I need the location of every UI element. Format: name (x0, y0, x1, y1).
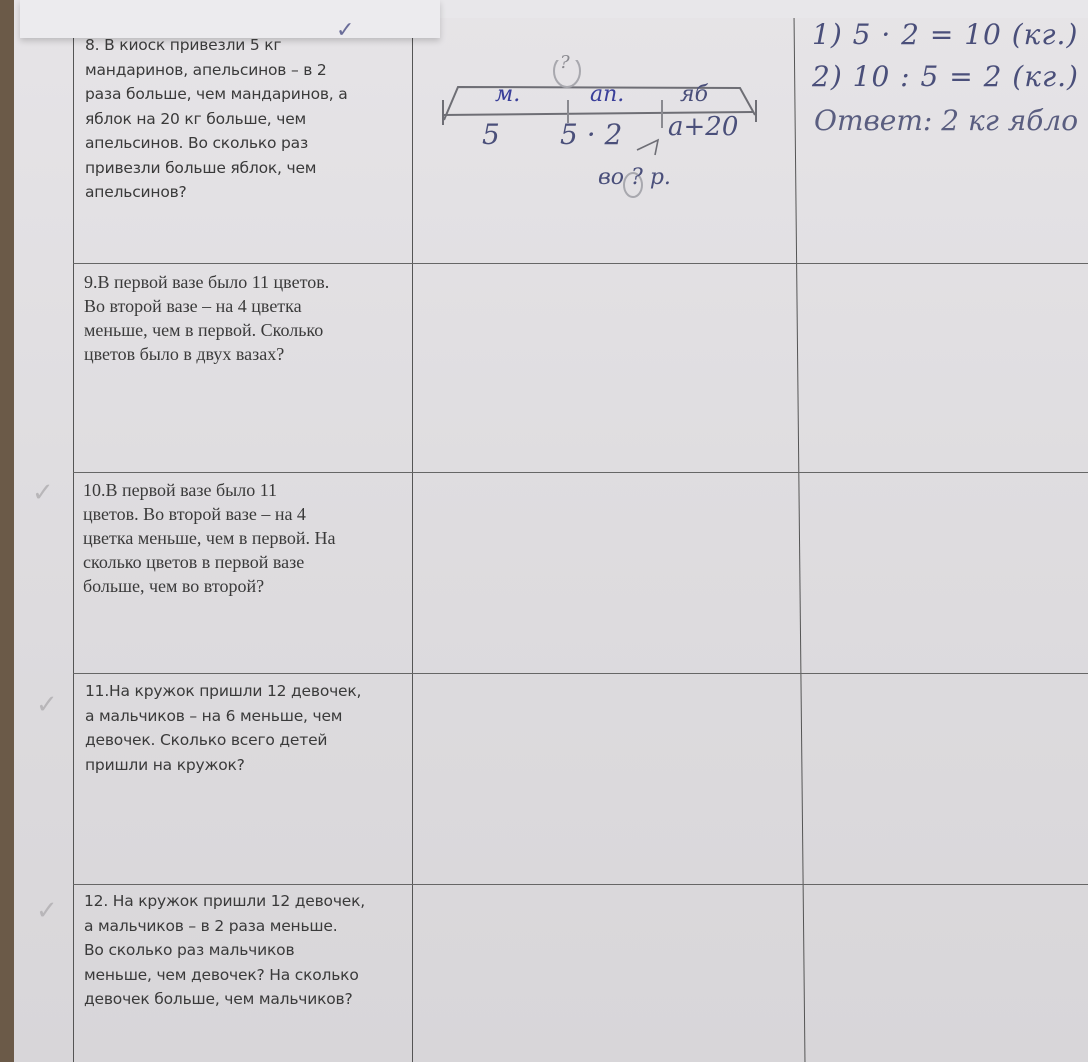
diagram-value-oranges: 5 · 2 (560, 118, 622, 151)
task-9-text: 9.В первой вазе было 11 цветов. Во второ… (84, 270, 329, 366)
table-border-left (73, 30, 74, 1062)
solution-answer: Ответ: 2 кг ябло (814, 104, 1078, 137)
check-mark-icon: ✓ (336, 18, 354, 43)
row-divider-11-12 (73, 884, 1088, 885)
diagram-label-mandarins: м. (495, 82, 520, 107)
task-10-text: 10.В первой вазе было 11 цветов. Во втор… (83, 478, 335, 598)
diagram-bottom-question: во ? р. (598, 165, 671, 190)
row-divider-10-11 (73, 673, 1088, 674)
diagram-value-mandarins: 5 (482, 118, 500, 151)
check-mark-icon: ✓ (36, 690, 58, 720)
check-mark-icon: ✓ (32, 478, 54, 508)
overlapping-paper-edge-right (440, 0, 1088, 18)
row-divider-8-9 (73, 263, 1088, 264)
check-mark-icon: ✓ (36, 896, 58, 926)
task-12-text: 12. На кружок пришли 12 девочек, а мальч… (84, 889, 365, 1012)
task-8-text: 8. В киоск привезли 5 кг мандаринов, апе… (85, 33, 348, 205)
solution-step-1: 1) 5 · 2 = 10 (кг.) - ап (812, 18, 1088, 51)
diagram-label-oranges: ап. (590, 82, 624, 107)
row-divider-9-10 (73, 472, 1088, 473)
task-11-text: 11.На кружок пришли 12 девочек, а мальчи… (85, 679, 361, 777)
diagram-label-apples: яб (680, 82, 708, 107)
table-column-divider-1 (412, 30, 413, 1062)
solution-step-2: 2) 10 : 5 = 2 (кг.) (812, 60, 1079, 93)
diagram-top-question: ? (560, 52, 570, 73)
diagram-value-apples: а+20 (668, 112, 738, 142)
